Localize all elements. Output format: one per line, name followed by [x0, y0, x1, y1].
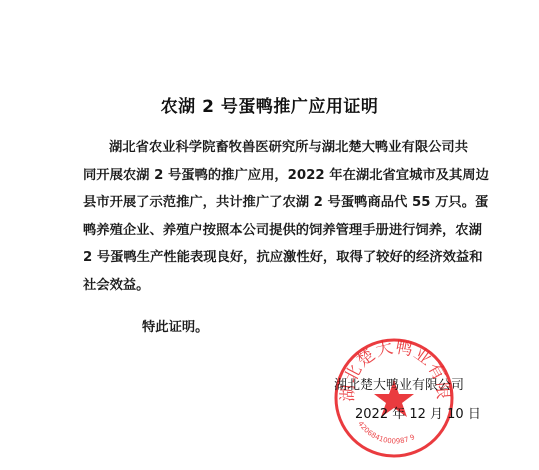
company-seal-stamp: 湖北楚大鸭业有限公司 4206841000987 9	[332, 336, 456, 460]
svg-text:4206841000987 9: 4206841000987 9	[356, 420, 416, 446]
body-line: 2 号蛋鸭生产性能表现良好，抗应激性好，取得了较好的经济效益和	[83, 244, 468, 272]
body-line: 县市开展了示范推广，共计推广了农湖 2 号蛋鸭商品代 55 万只。蛋	[83, 189, 468, 217]
signature-date: 2022 年 12 月 10 日	[355, 403, 481, 422]
body-line: 社会效益。	[83, 272, 468, 300]
body-line: 湖北省农业科学院畜牧兽医研究所与湖北楚大鸭业有限公司共	[83, 134, 468, 162]
closing-statement: 特此证明。	[142, 316, 208, 335]
document-title: 农湖 2 号蛋鸭推广应用证明	[0, 92, 539, 117]
body-line: 鸭养殖企业、养殖户按照本公司提供的饲养管理手册进行饲养，农湖	[83, 217, 468, 245]
body-line: 同开展农湖 2 号蛋鸭的推广应用，2022 年在湖北省宜城市及其周边	[83, 162, 468, 190]
signature-company: 湖北楚大鸭业有限公司	[334, 374, 464, 393]
body-paragraph: 湖北省农业科学院畜牧兽医研究所与湖北楚大鸭业有限公司共 同开展农湖 2 号蛋鸭的…	[83, 134, 468, 299]
